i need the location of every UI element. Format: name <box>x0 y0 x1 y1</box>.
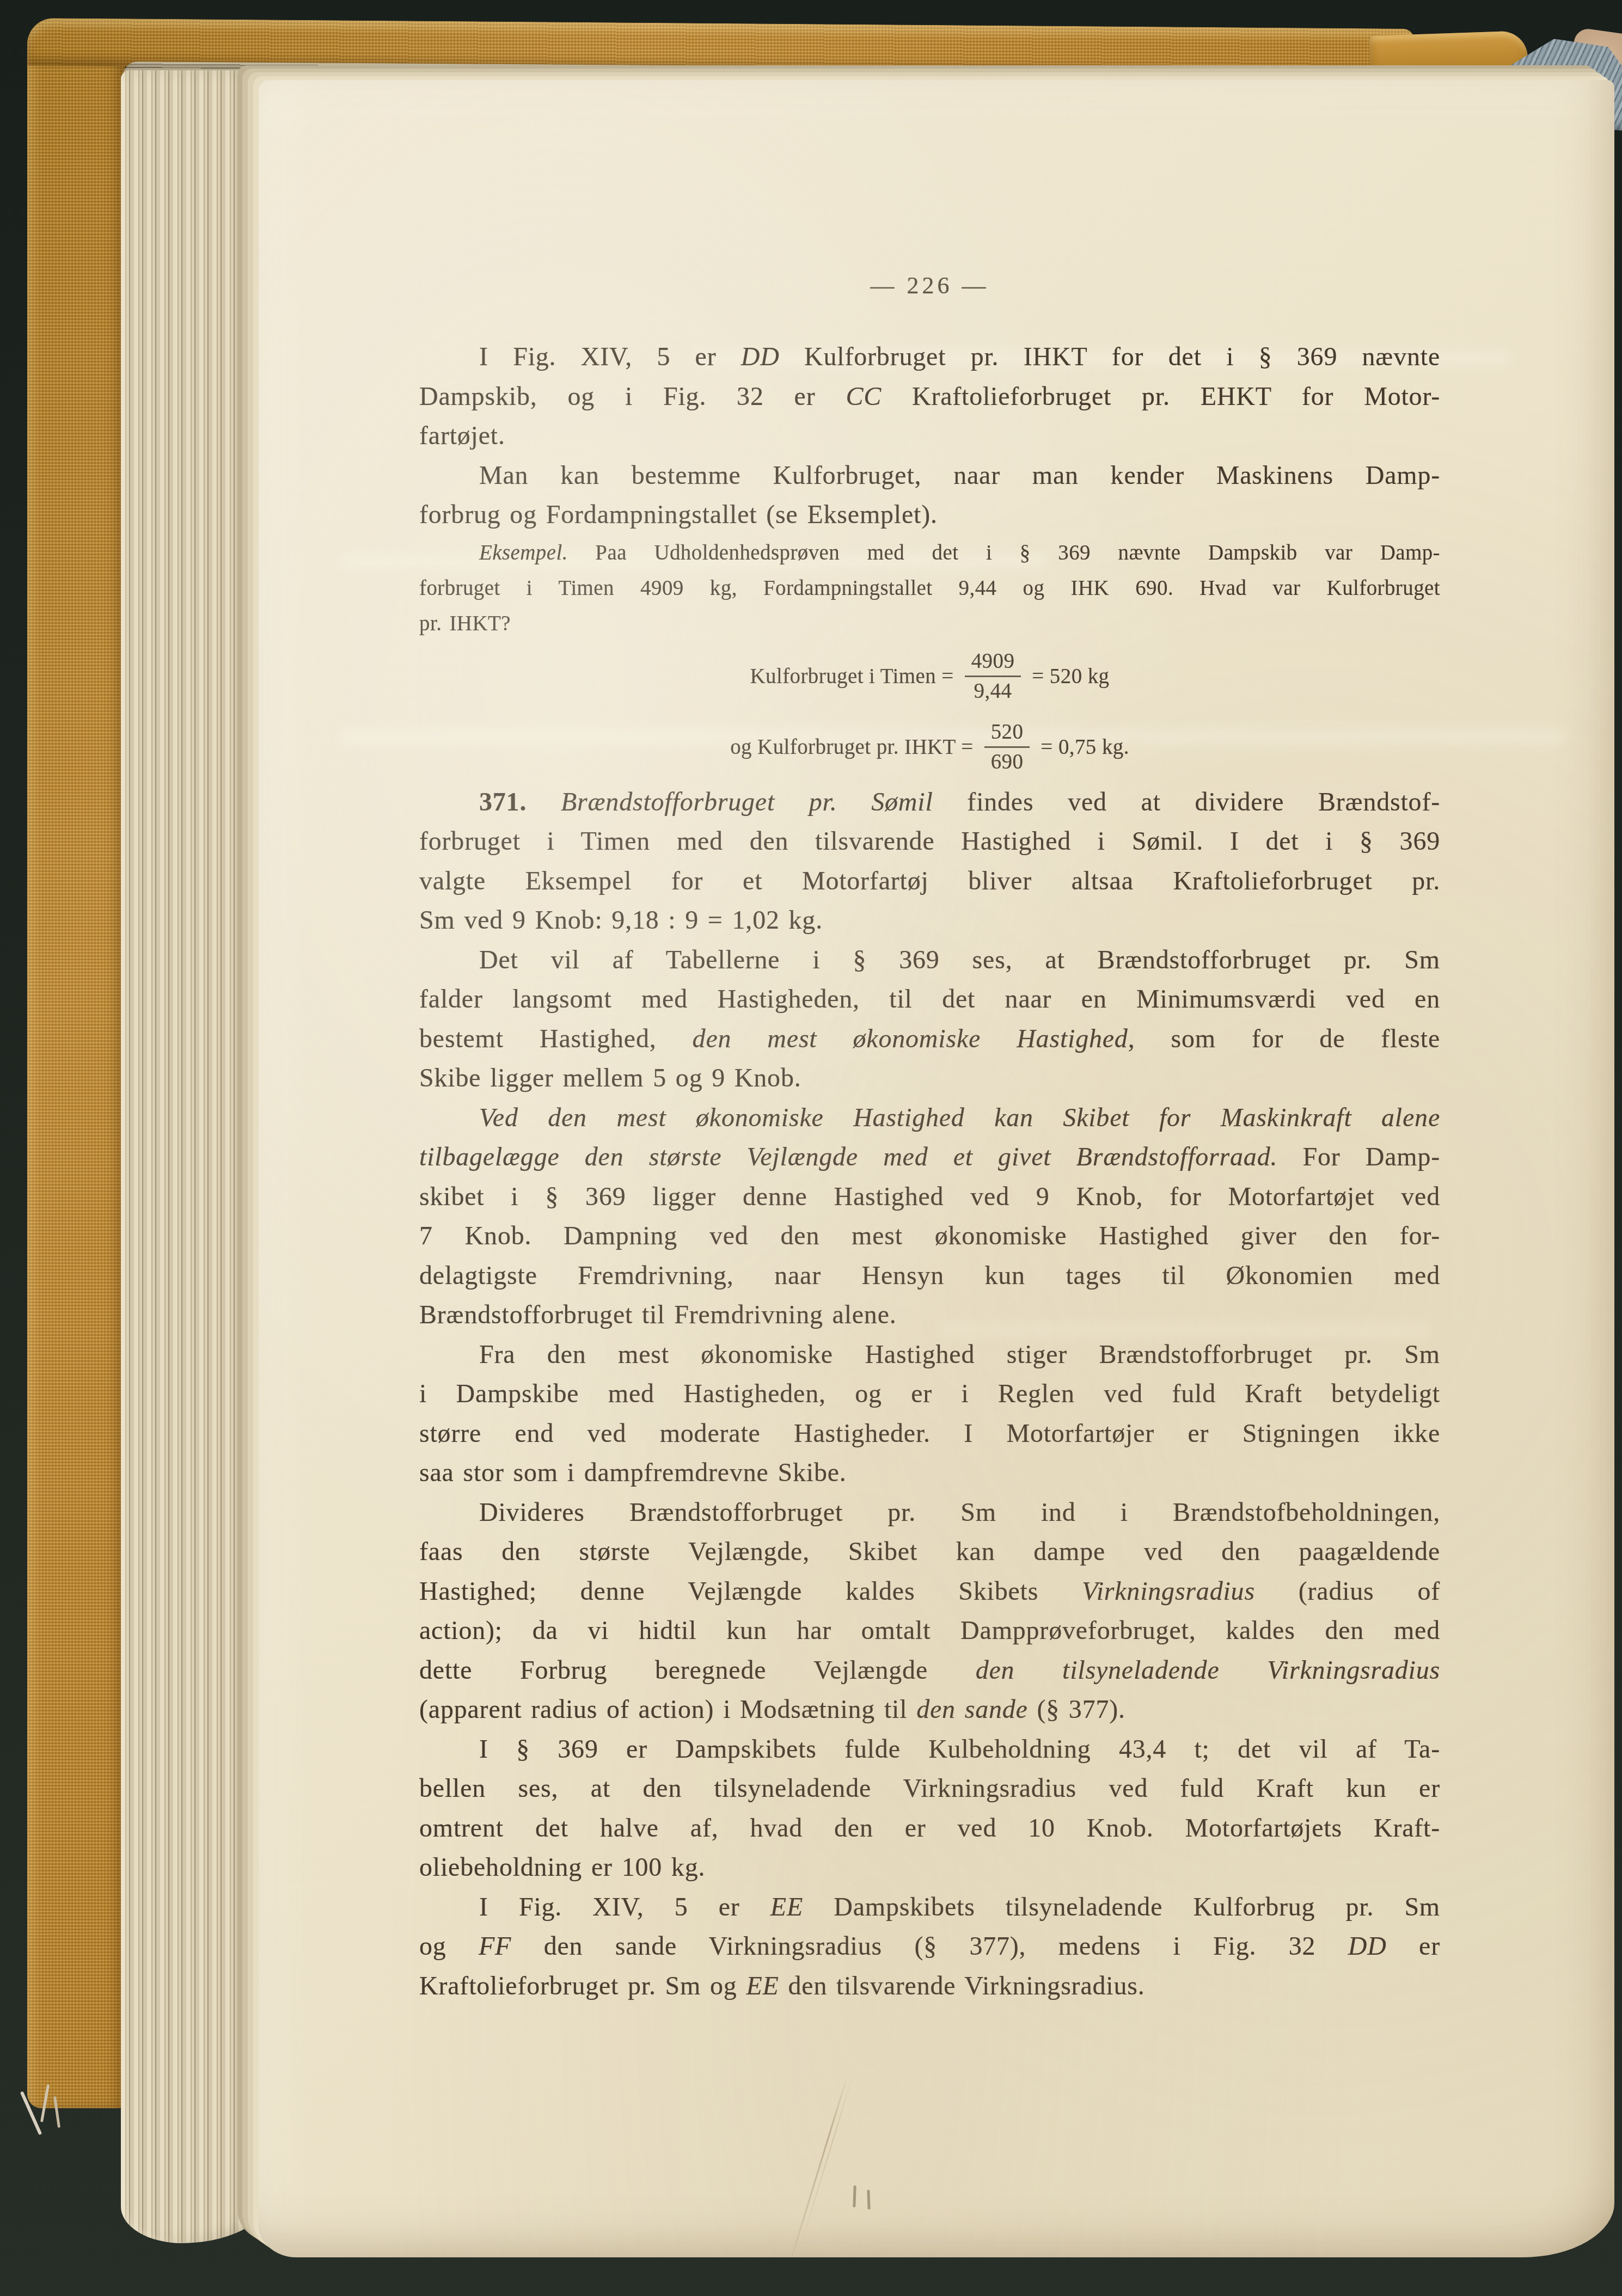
text-segment: I Fig. XIV, 5 er <box>479 342 741 371</box>
text-segment: 7 Knob. Dampning ved den mest økonomiske… <box>419 1221 1440 1250</box>
text-segment: Brændstofforbruget pr. Sømil <box>561 788 933 817</box>
text-line: i Dampskibe med Hastigheden, og er i Reg… <box>419 1374 1440 1414</box>
text-line: større end ved moderate Hastigheder. I M… <box>419 1414 1440 1454</box>
text-segment: skibet i § 369 ligger denne Hastighed ve… <box>419 1182 1440 1211</box>
text-segment: den sande <box>916 1695 1028 1724</box>
text-line: Ved den mest økonomiske Hastighed kan Sk… <box>419 1098 1440 1138</box>
text-segment: Skibe ligger mellem 5 og 9 Knob. <box>419 1064 801 1092</box>
text-segment: forbrug og Fordampningstallet (se Eksemp… <box>419 500 938 529</box>
text-line: I Fig. XIV, 5 er EE Dampskibets tilsynel… <box>419 1888 1440 1927</box>
text-segment: tilbagelægge den største Vejlængde med e… <box>419 1143 1277 1171</box>
text-segment: Kraftolieforbruget pr. Sm og <box>419 1972 746 2000</box>
text-segment: (radius of <box>1255 1577 1440 1606</box>
text-line: valgte Eksempel for et Motorfartøj blive… <box>419 862 1440 901</box>
fraction-denominator: 690 <box>991 748 1024 773</box>
text-segment: forbruget i Timen med den tilsvarende Ha… <box>419 827 1440 856</box>
text-line: Det vil af Tabellerne i § 369 ses, at Br… <box>419 941 1440 980</box>
ink-mark <box>867 2190 870 2209</box>
formula: og Kulforbruget pr. IHKT =520690= 0,75 k… <box>419 712 1440 783</box>
text-line: 7 Knob. Dampning ved den mest økonomiske… <box>419 1217 1440 1256</box>
text-segment: Brændstofforbruget til Fremdrivning alen… <box>419 1300 897 1329</box>
text-segment: For Damp- <box>1277 1143 1440 1171</box>
text-segment: Dampskibets tilsyneladende Kulforbrug pr… <box>803 1893 1440 1921</box>
text-segment: I Fig. XIV, 5 er <box>479 1893 770 1921</box>
text-segment: Kraftolieforbruget pr. EHKT for Motor- <box>882 382 1440 411</box>
text-segment: CC <box>846 382 882 411</box>
text-line: faas den største Vejlængde, Skibet kan d… <box>419 1532 1440 1572</box>
text-line: Man kan bestemme Kulforbruget, naar man … <box>419 456 1440 496</box>
text-segment: Eksempel. <box>479 541 568 564</box>
formula: Kulforbruget i Timen =49099,44= 520 kg <box>419 641 1440 712</box>
text-segment: EE <box>746 1972 779 2000</box>
page-number: — 226 — <box>419 272 1440 299</box>
formula-result: = 0,75 kg. <box>1040 735 1129 759</box>
text-line: 371. Brændstofforbruget pr. Sømil findes… <box>419 783 1440 822</box>
text-line: bellen ses, at den tilsyneladende Virkni… <box>419 1769 1440 1809</box>
text-segment: den mest økonomiske Hastighed <box>693 1024 1128 1053</box>
text-line: skibet i § 369 ligger denne Hastighed ve… <box>419 1177 1440 1217</box>
text-segment: DD <box>741 342 780 371</box>
text-segment: , som for de fleste <box>1128 1024 1440 1053</box>
text-line: Eksempel. Paa Udholdenhedsprøven med det… <box>419 535 1440 570</box>
text-line: (apparent radius of action) i Modsætning… <box>419 1690 1440 1730</box>
text-line: forbruget i Timen med den tilsvarende Ha… <box>419 822 1440 862</box>
text-segment: 371. <box>479 788 527 817</box>
text-segment: Ved den mest økonomiske Hastighed kan Sk… <box>479 1103 1440 1132</box>
text-segment: (apparent radius of action) i Modsætning… <box>419 1695 916 1724</box>
text-segment: findes ved at dividere Brændstof- <box>933 788 1440 817</box>
text-line: delagtigste Fremdrivning, naar Hensyn ku… <box>419 1256 1440 1296</box>
text-line: Divideres Brændstofforbruget pr. Sm ind … <box>419 1493 1440 1533</box>
ink-mark <box>853 2186 856 2207</box>
text-segment: Virkningsradius <box>1082 1577 1255 1606</box>
text-line: forbrug og Fordampningstallet (se Eksemp… <box>419 495 1440 535</box>
text-segment: bestemt Hastighed, <box>419 1024 693 1053</box>
book-page: — 226 — I Fig. XIV, 5 er DD Kulforbruget… <box>259 80 1614 2257</box>
book-cover-left-edge <box>27 22 125 2108</box>
text-segment: falder langsomt med Hastigheden, til det… <box>419 985 1440 1014</box>
text-segment: er <box>1387 1932 1440 1961</box>
text-segment: valgte Eksempel for et Motorfartøj blive… <box>419 867 1440 895</box>
text-line: action); da vi hidtil kun har omtalt Dam… <box>419 1611 1440 1651</box>
text-segment: den sande Virkningsradius (§ 377), meden… <box>511 1932 1348 1961</box>
text-line: bestemt Hastighed, den mest økonomiske H… <box>419 1020 1440 1059</box>
text-segment <box>527 788 561 817</box>
text-line: I Fig. XIV, 5 er DD Kulforbruget pr. IHK… <box>419 337 1440 377</box>
text-segment: DD <box>1348 1932 1387 1961</box>
formula-lead: og Kulforbruget pr. IHKT = <box>730 735 974 759</box>
fraction-numerator: 520 <box>984 721 1030 748</box>
text-segment: Paa Udholdenhedsprøven med det i § 369 n… <box>568 541 1440 564</box>
text-segment: Det vil af Tabellerne i § 369 ses, at Br… <box>479 946 1440 974</box>
text-segment: Dampskib, og i Fig. 32 er <box>419 382 846 411</box>
text-line: pr. IHKT? <box>419 606 1440 641</box>
text-line: Kraftolieforbruget pr. Sm og EE den tils… <box>419 1967 1440 2006</box>
text-segment: action); da vi hidtil kun har omtalt Dam… <box>419 1616 1440 1645</box>
fraction-denominator: 9,44 <box>974 677 1012 703</box>
body-text: I Fig. XIV, 5 er DD Kulforbruget pr. IHK… <box>419 337 1440 2006</box>
text-segment: omtrent det halve af, hvad den er ved 10… <box>419 1814 1440 1843</box>
text-segment: den tilsvarende Virkningsradius. <box>779 1972 1145 2000</box>
text-line: Hastighed; denne Vejlængde kaldes Skibet… <box>419 1572 1440 1612</box>
paper-crease <box>787 2077 848 2270</box>
text-segment: Kulforbruget pr. IHKT for det i § 369 næ… <box>780 342 1440 371</box>
text-segment: Sm ved 9 Knob: 9,18 : 9 = 1,02 kg. <box>419 906 823 935</box>
page-edge-stack-left <box>121 70 280 2243</box>
text-line: Brændstofforbruget til Fremdrivning alen… <box>419 1296 1440 1335</box>
text-segment: delagtigste Fremdrivning, naar Hensyn ku… <box>419 1261 1440 1290</box>
text-line: omtrent det halve af, hvad den er ved 10… <box>419 1809 1440 1849</box>
text-segment: forbruget i Timen 4909 kg, Fordampningst… <box>419 576 1440 600</box>
text-segment: i Dampskibe med Hastigheden, og er i Reg… <box>419 1379 1440 1408</box>
text-segment: EE <box>770 1893 803 1921</box>
book: — 226 — I Fig. XIV, 5 er DD Kulforbruget… <box>27 18 1617 2277</box>
text-line: tilbagelægge den største Vejlængde med e… <box>419 1138 1440 1177</box>
text-segment: bellen ses, at den tilsyneladende Virkni… <box>419 1774 1440 1803</box>
text-segment: faas den største Vejlængde, Skibet kan d… <box>419 1537 1440 1566</box>
text-segment: oliebeholdning er 100 kg. <box>419 1853 705 1882</box>
text-segment: I § 369 er Dampskibets fulde Kulbeholdni… <box>479 1735 1440 1764</box>
text-segment: Fra den mest økonomiske Hastighed stiger… <box>479 1340 1440 1369</box>
text-line: falder langsomt med Hastigheden, til det… <box>419 980 1440 1020</box>
formula-result: = 520 kg <box>1032 664 1109 689</box>
text-segment: Divideres Brændstofforbruget pr. Sm ind … <box>479 1498 1440 1527</box>
text-segment: saa stor som i dampfremdrevne Skibe. <box>419 1458 847 1487</box>
text-segment: (§ 377). <box>1028 1695 1125 1724</box>
text-line: Dampskib, og i Fig. 32 er CC Kraftoliefo… <box>419 377 1440 417</box>
text-segment: Hastighed; denne Vejlængde kaldes Skibet… <box>419 1577 1082 1606</box>
fraction: 520690 <box>984 721 1030 773</box>
fraction: 49099,44 <box>965 650 1021 703</box>
text-segment: fartøjet. <box>419 421 505 450</box>
photo-background: — 226 — I Fig. XIV, 5 er DD Kulforbruget… <box>0 0 1622 2296</box>
text-segment: og <box>419 1932 479 1961</box>
text-segment: større end ved moderate Hastigheder. I M… <box>419 1419 1440 1448</box>
cover-bottom-fray <box>20 2064 90 2140</box>
text-line: forbruget i Timen 4909 kg, Fordampningst… <box>419 570 1440 606</box>
text-line: saa stor som i dampfremdrevne Skibe. <box>419 1453 1440 1493</box>
text-line: fartøjet. <box>419 416 1440 456</box>
text-segment: den tilsyneladende Virkningsradius <box>976 1656 1440 1685</box>
text-line: Fra den mest økonomiske Hastighed stiger… <box>419 1335 1440 1375</box>
text-line: I § 369 er Dampskibets fulde Kulbeholdni… <box>419 1730 1440 1770</box>
formula-lead: Kulforbruget i Timen = <box>750 664 953 689</box>
text-segment: FF <box>479 1932 511 1961</box>
text-segment: Man kan bestemme Kulforbruget, naar man … <box>479 461 1440 490</box>
text-line: Sm ved 9 Knob: 9,18 : 9 = 1,02 kg. <box>419 901 1440 941</box>
text-segment: pr. IHKT? <box>419 612 511 635</box>
text-line: oliebeholdning er 100 kg. <box>419 1848 1440 1888</box>
text-line: og FF den sande Virkningsradius (§ 377),… <box>419 1927 1440 1967</box>
fraction-numerator: 4909 <box>965 650 1021 677</box>
text-segment: dette Forbrug beregnede Vejlængde <box>419 1656 976 1685</box>
text-line: dette Forbrug beregnede Vejlængde den ti… <box>419 1651 1440 1691</box>
text-line: Skibe ligger mellem 5 og 9 Knob. <box>419 1059 1440 1098</box>
